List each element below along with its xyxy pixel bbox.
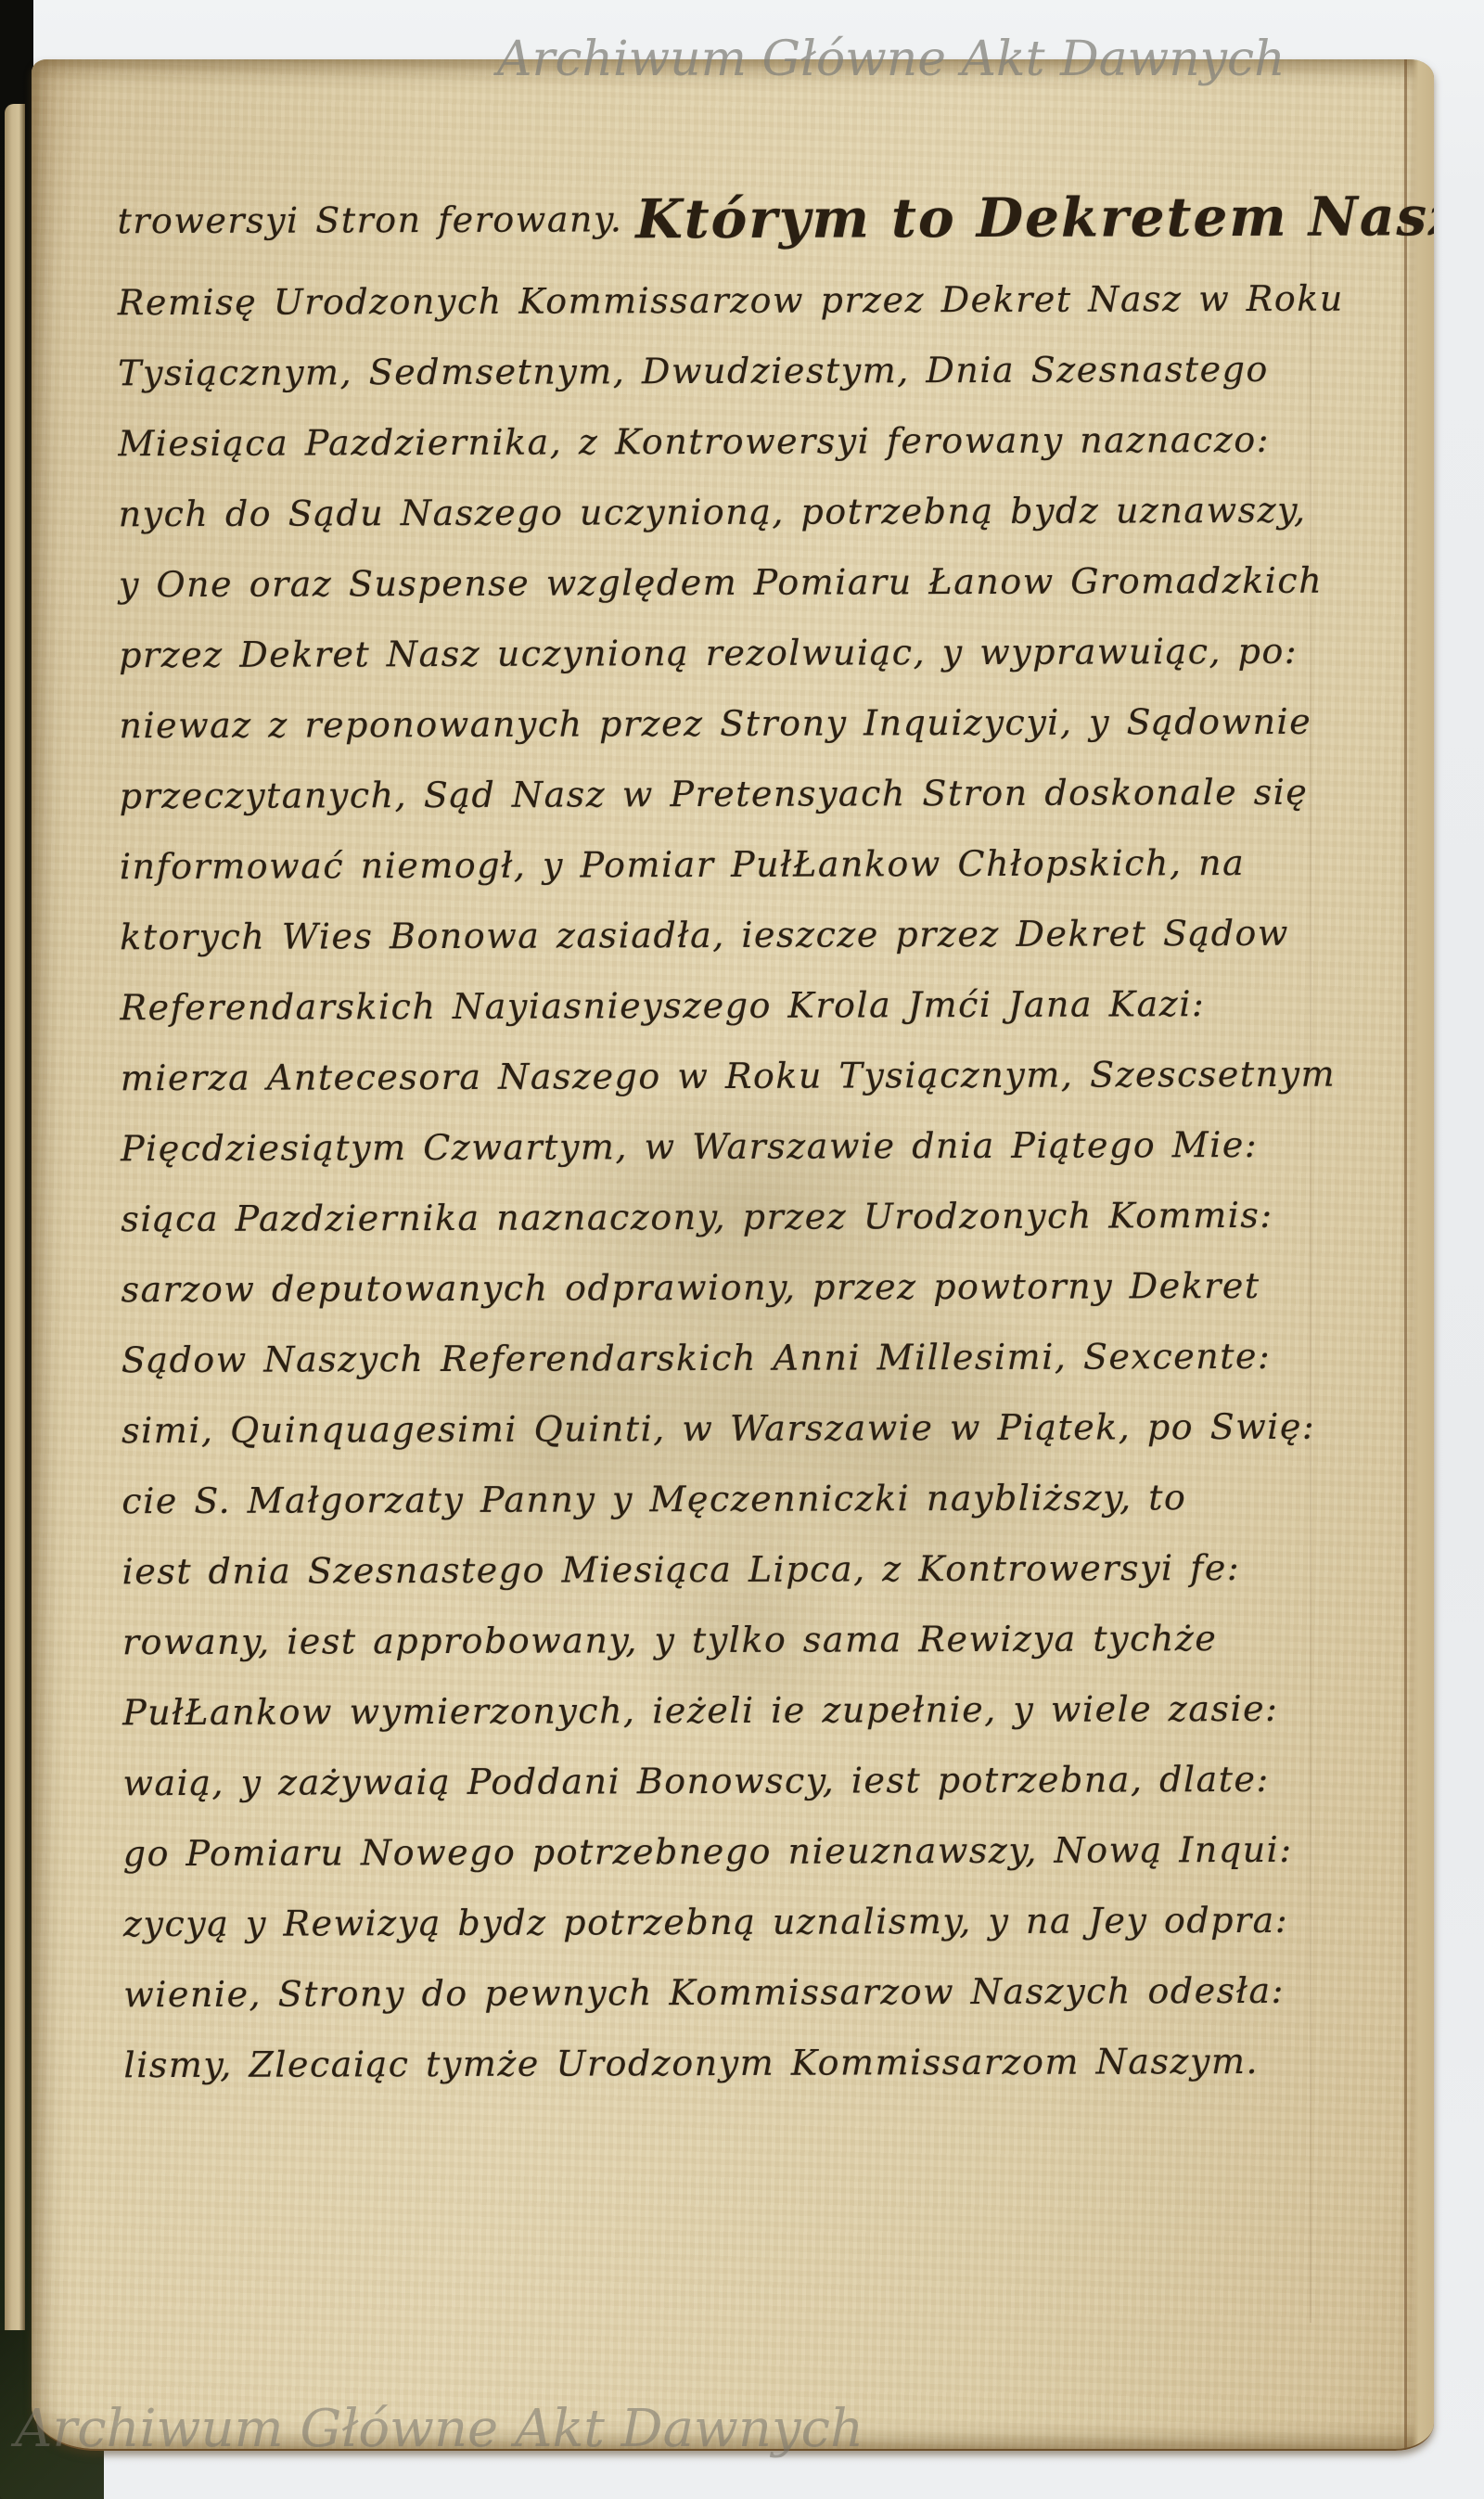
manuscript-line: nych do Sądu Naszego uczynioną, potrzebn…	[119, 475, 1297, 549]
manuscript-line: Sądow Naszych Referendarskich Anni Mille…	[122, 1321, 1299, 1395]
manuscript-line: go Pomiaru Nowego potrzebnego nieuznawsz…	[123, 1814, 1301, 1889]
manuscript-line: PułŁankow wymierzonych, ieżeli ie zupełn…	[122, 1673, 1300, 1748]
manuscript-line: lismy, Zlecaiąc tymże Urodzonym Kommissa…	[123, 2026, 1301, 2100]
manuscript-line: Referendarskich Nayiasnieyszego Krola Jm…	[120, 968, 1298, 1043]
manuscript-line: przeczytanych, Sąd Nasz w Pretensyach St…	[120, 757, 1298, 831]
manuscript-line: Miesiąca Pazdziernika, z Kontrowersyi fe…	[118, 404, 1296, 479]
manuscript-line: mierza Antecesora Naszego w Roku Tysiącz…	[121, 1039, 1298, 1113]
manuscript-line: informować niemogł, y Pomiar PułŁankow C…	[120, 827, 1298, 902]
manuscript-line: iest dnia Szesnastego Miesiąca Lipca, z …	[122, 1532, 1300, 1607]
manuscript-line: waią, y zażywaią Poddani Bonowscy, iest …	[122, 1744, 1300, 1818]
scanner-background: trowersyi Stron ferowany. Którym to Dekr…	[0, 0, 1484, 2499]
manuscript-line: siąca Pazdziernika naznaczony, przez Uro…	[121, 1180, 1298, 1254]
manuscript-line: zycyą y Rewizyą bydz potrzebną uznalismy…	[123, 1885, 1301, 1959]
next-leaf-sliver	[1406, 59, 1434, 2449]
manuscript-line: y One oraz Suspense względem Pomiaru Łan…	[119, 545, 1297, 620]
opening-phrase: trowersyi Stron ferowany.	[117, 199, 622, 241]
manuscript-text: trowersyi Stron ferowany. Którym to Dekr…	[117, 171, 1301, 2100]
manuscript-line: Remisę Urodzonych Kommissarzow przez Dek…	[118, 263, 1296, 338]
manuscript-line: przez Dekret Nasz uczynioną rezolwuiąc, …	[119, 616, 1297, 690]
page-stack-edge	[5, 104, 25, 2367]
manuscript-line: ktorych Wies Bonowa zasiadła, ieszcze pr…	[120, 898, 1298, 972]
manuscript-line: rowany, iest approbowany, y tylko sama R…	[122, 1603, 1300, 1677]
manuscript-line: cie S. Małgorzaty Panny y Męczenniczki n…	[122, 1462, 1299, 1536]
page-crease	[1310, 189, 1311, 2323]
manuscript-line: niewaz z reponowanych przez Strony Inqui…	[119, 686, 1297, 761]
manuscript-line: sarzow deputowanych odprawiony, przez po…	[121, 1250, 1298, 1325]
manuscript-line: trowersyi Stron ferowany. Którym to Dekr…	[117, 171, 1295, 267]
manuscript-page: trowersyi Stron ferowany. Którym to Dekr…	[32, 59, 1434, 2451]
manuscript-line: Pięcdziesiątym Czwartym, w Warszawie dni…	[121, 1109, 1298, 1184]
decree-heading: Którym to Dekretem Naszym	[635, 185, 1434, 250]
manuscript-line: Tysiącznym, Sedmsetnym, Dwudziestym, Dni…	[118, 334, 1296, 408]
manuscript-line: simi, Quinquagesimi Quinti, w Warszawie …	[122, 1391, 1299, 1466]
manuscript-line: wienie, Strony do pewnych Kommissarzow N…	[123, 1955, 1301, 2030]
